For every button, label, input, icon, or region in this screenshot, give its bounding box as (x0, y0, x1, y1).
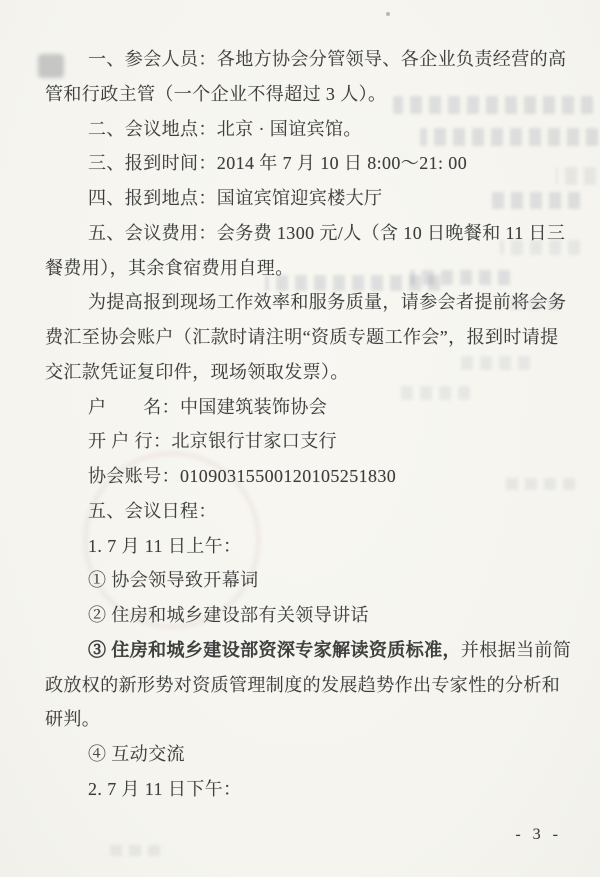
doc-line: 2. 7 月 11 日下午： (45, 772, 560, 807)
doc-line: 1. 7 月 11 日上午： (45, 529, 560, 564)
doc-line: 四、报到地点：国谊宾馆迎宾楼大厅 (45, 181, 560, 216)
doc-line: 研判。 (45, 702, 560, 737)
doc-line-bold-segment: ③ 住房和城乡建设部资深专家解读资质标准， (88, 640, 461, 660)
scanned-document-page: 一、参会人员：各地方协会分管领导、各企业负责经营的高 管和行政主管（一个企业不得… (0, 0, 600, 877)
doc-line: ② 住房和城乡建设部有关领导讲话 (45, 598, 560, 633)
doc-line: 五、会议费用：会务费 1300 元/人（含 10 日晚餐和 11 日三 (45, 216, 560, 251)
scan-speck (386, 12, 390, 16)
doc-line: 五、会议日程： (45, 494, 560, 529)
doc-line: 政放权的新形势对资质管理制度的发展趋势作出专家性的分析和 (45, 668, 560, 703)
document-body: 一、参会人员：各地方协会分管领导、各企业负责经营的高 管和行政主管（一个企业不得… (45, 42, 560, 807)
doc-line: ③ 住房和城乡建设部资深专家解读资质标准，并根据当前简 (45, 633, 560, 668)
bank-line: 开 户 行：北京银行甘家口支行 (45, 424, 560, 459)
account-number-line: 协会账号：01090315500120105251830 (45, 459, 560, 494)
doc-line: 交汇款凭证复印件，现场领取发票）。 (45, 355, 560, 390)
doc-line-rest-segment: 并根据当前简 (461, 640, 571, 660)
doc-line: 三、报到时间：2014 年 7 月 10 日 8:00～21: 00 (45, 146, 560, 181)
doc-line: 费汇至协会账户（汇款时请注明“资质专题工作会”，报到时请提 (45, 320, 560, 355)
bleedthrough-smudge (556, 167, 596, 185)
account-name-line: 户 名：中国建筑装饰协会 (45, 390, 560, 425)
doc-line: 一、参会人员：各地方协会分管领导、各企业负责经营的高 (45, 42, 560, 77)
doc-line: 为提高报到现场工作效率和服务质量，请参会者提前将会务 (45, 285, 560, 320)
doc-line: ① 协会领导致开幕词 (45, 563, 560, 598)
doc-line: 二、会议地点：北京 · 国谊宾馆。 (45, 112, 560, 147)
bleedthrough-smudge (110, 845, 160, 856)
doc-line: 餐费用），其余食宿费用自理。 (45, 251, 560, 286)
page-number: - 3 - (515, 826, 562, 844)
doc-line: 管和行政主管（一个企业不得超过 3 人）。 (45, 77, 560, 112)
doc-line: ④ 互动交流 (45, 737, 560, 772)
